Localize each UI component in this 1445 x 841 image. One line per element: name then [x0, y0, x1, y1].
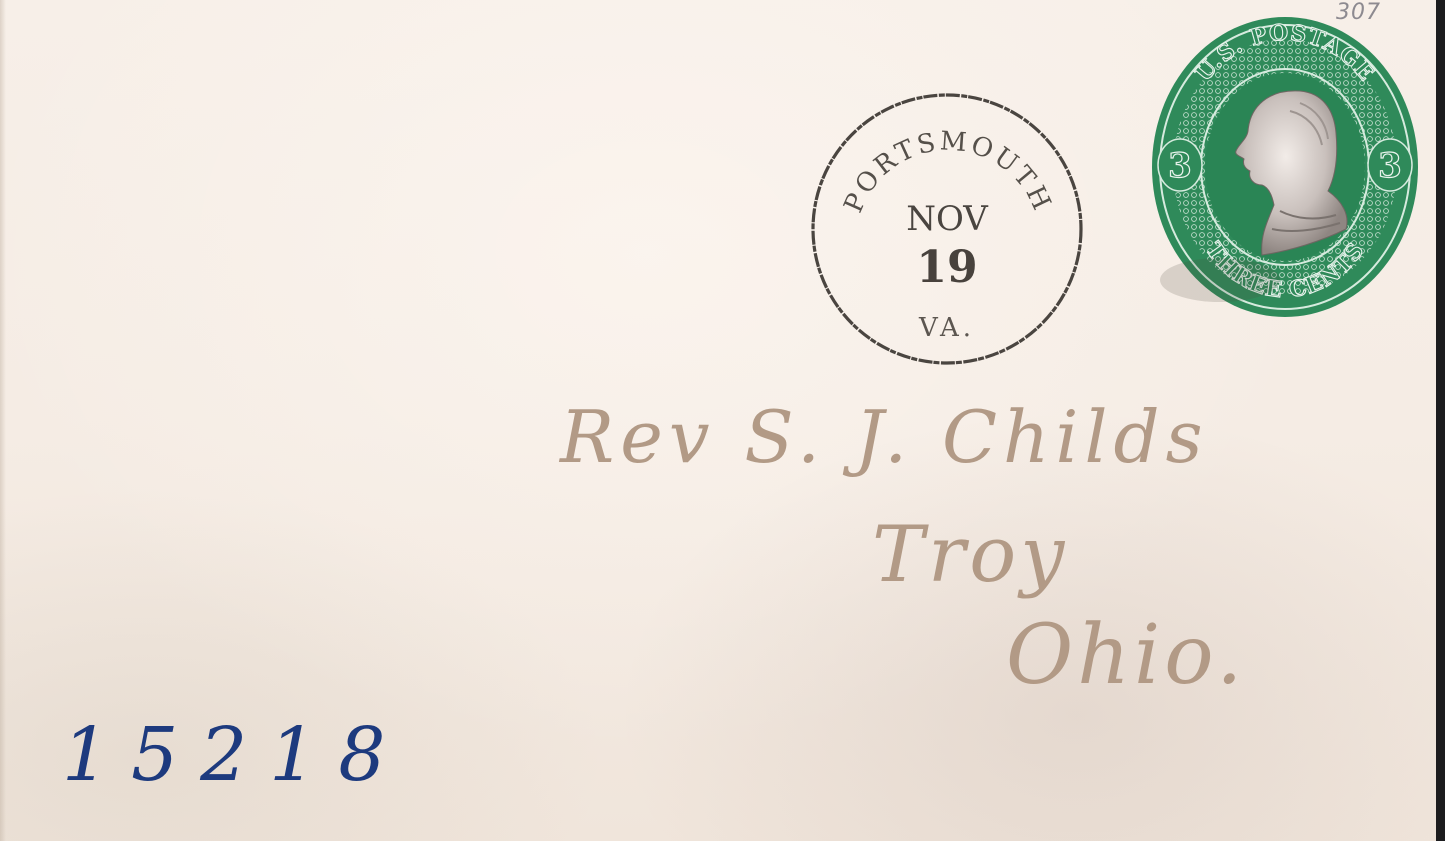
envelope-left-edge	[0, 0, 6, 841]
postmark-day: 19	[916, 242, 977, 293]
address-line-city: Troy	[872, 510, 1068, 600]
postmark: PORTSMOUTH NOV 19 VA.	[808, 92, 1088, 367]
postage-stamp: U.S. POSTAGE THREE CENTS 3 3	[1150, 15, 1420, 320]
stamp-denomination-left: 3	[1168, 146, 1192, 186]
address-line-name: Rev S. J. Childs	[560, 395, 1209, 479]
stamp-denomination-right: 3	[1378, 146, 1402, 186]
address-line-state: Ohio.	[1006, 608, 1246, 703]
inventory-number: 15218	[62, 712, 407, 798]
scan-border	[1436, 0, 1445, 841]
postmark-month: NOV	[906, 199, 989, 239]
postmark-state: VA.	[918, 313, 975, 343]
